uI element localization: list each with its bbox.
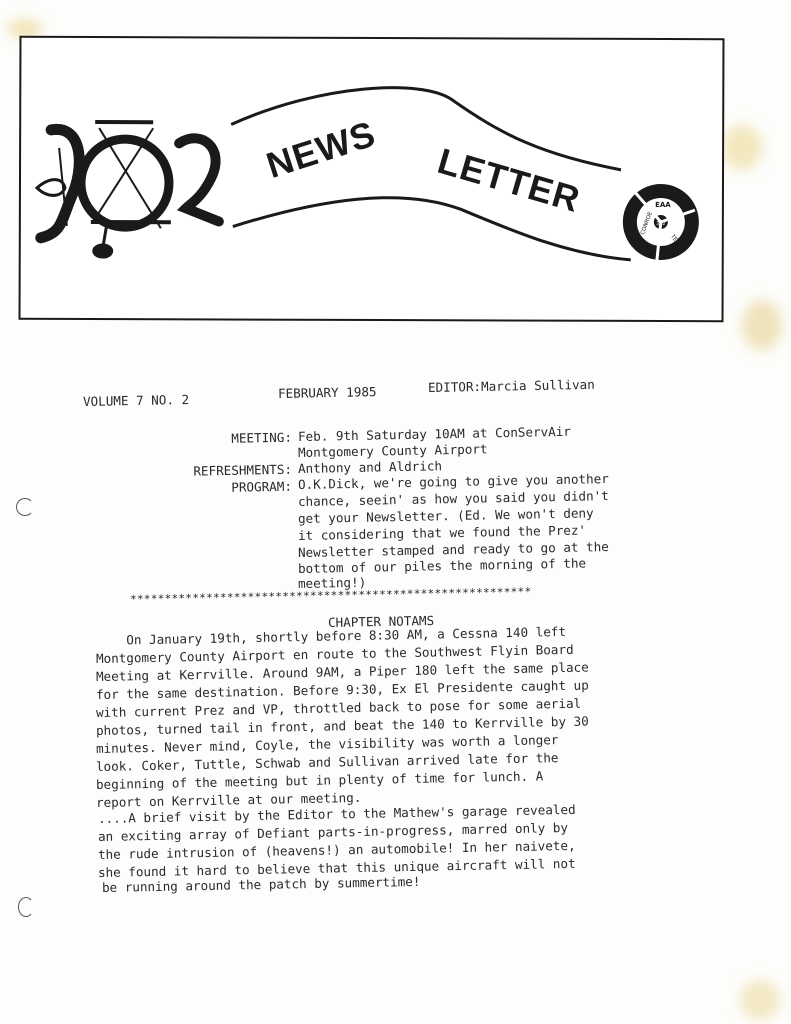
program-line: bottom of our piles the morning of the [298, 557, 586, 575]
punch-hole-mark [16, 498, 34, 516]
meeting-line: Montgomery County Airport [298, 443, 488, 459]
eaa-conroe-badge-icon: 302 EAA CONROE TEXAS [623, 184, 699, 262]
svg-text:302: 302 [656, 221, 666, 227]
meeting-line: Feb. 9th Saturday 10AM at ConServAir [298, 426, 571, 444]
body-line: be running around the patch by summertim… [102, 876, 421, 895]
issue-volume: VOLUME 7 NO. 2 [83, 394, 189, 409]
meeting-label: MEETING: [170, 432, 292, 447]
refreshments-label: REFRESHMENTS: [120, 464, 292, 480]
banner-ribbon-art: 302 EAA CONROE TEXAS [20, 38, 726, 324]
biplane-302-logo [37, 122, 219, 259]
masthead-box: 302 EAA CONROE TEXAS NEWS LETTER [19, 36, 725, 322]
svg-text:EAA: EAA [655, 201, 671, 209]
paper-stain [742, 300, 782, 350]
asterisk-divider: ****************************************… [130, 586, 532, 605]
refreshments-line: Anthony and Aldrich [298, 460, 442, 475]
paper-stain [740, 980, 780, 1020]
program-label: PROGRAM: [170, 481, 292, 496]
body-line: beginning of the meeting but in plenty o… [96, 770, 544, 791]
punch-hole-mark [18, 897, 34, 917]
paper-stain [722, 125, 762, 170]
issue-editor: EDITOR:Marcia Sullivan [428, 379, 595, 395]
issue-date: FEBRUARY 1985 [278, 386, 377, 400]
